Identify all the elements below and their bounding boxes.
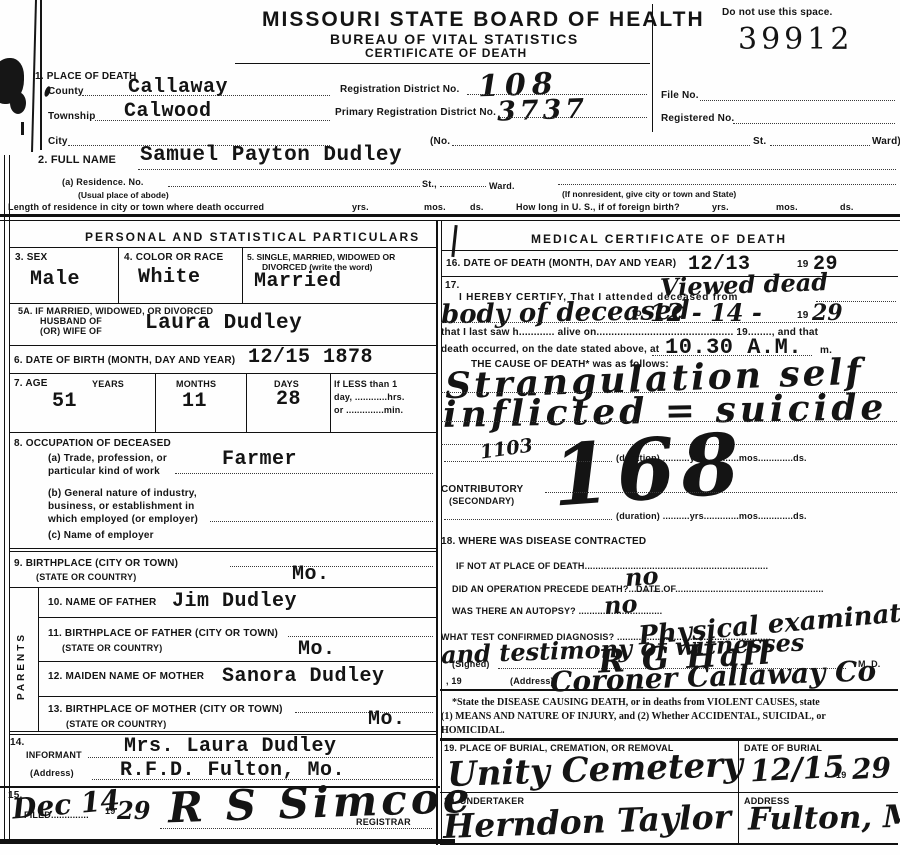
duration-label: (duration) ..........yrs.............mos… [616, 453, 807, 463]
death-certificate-scan: MISSOURI STATE BOARD OF HEALTH BUREAU OF… [0, 0, 900, 855]
dotted-rule [138, 169, 896, 170]
dotted-rule [168, 186, 420, 187]
duration-label: (duration) ..........yrs.............mos… [616, 511, 807, 521]
how-long-us-label: How long in U. S., if of foreign birth? [516, 202, 680, 212]
residence-label: (a) Residence. No. [62, 177, 144, 187]
father-name-label: 10. NAME OF FATHER [48, 597, 156, 608]
race-label: 4. COLOR OR RACE [124, 252, 223, 263]
mother-birthplace-sub: (STATE OR COUNTRY) [66, 719, 166, 729]
mother-birthplace-value: Mo. [368, 708, 406, 731]
primary-district-label: Primary Registration District No. [335, 107, 496, 118]
secondary-label: (SECONDARY) [449, 496, 514, 506]
dotted-rule [175, 473, 433, 474]
corner-note: Do not use this space. [722, 7, 833, 18]
marital-label: 5. SINGLE, MARRIED, WIDOWED OR [247, 252, 395, 262]
rule [0, 839, 455, 844]
rule [652, 4, 653, 132]
primary-district-value: 3737 [496, 93, 588, 127]
dotted-rule [770, 145, 870, 146]
occupation-value: Farmer [222, 448, 297, 471]
medical-section-header: MEDICAL CERTIFICATE OF DEATH [531, 232, 787, 246]
burial-year-handwriting: 29 [851, 751, 892, 786]
full-name-label: 2. FULL NAME [38, 154, 116, 166]
informant-number: 14. [10, 737, 25, 748]
city-no-label: (No. [430, 136, 450, 147]
footnote-line-3: HOMICIDAL. [441, 725, 505, 736]
ds-label: ds. [470, 202, 484, 212]
township-label: Township [48, 111, 96, 122]
occupation-label: 8. OCCUPATION OF DECEASED [14, 438, 171, 449]
dotted-rule [88, 757, 433, 758]
occupation-b-label2: business, or establishment in [48, 501, 194, 512]
age-years-value: 51 [52, 390, 77, 413]
city-ward-label: Ward) [872, 136, 900, 147]
rule [38, 617, 436, 618]
rule [9, 303, 436, 304]
dotted-rule [295, 712, 433, 713]
dotted-rule [441, 322, 897, 323]
years-label: YEARS [92, 379, 124, 389]
rule [9, 373, 436, 374]
code-annotation-small: 1103 [479, 434, 534, 463]
age-days-value: 28 [276, 388, 301, 411]
dotted-rule [82, 95, 330, 96]
mother-name-label: 12. MAIDEN NAME OF MOTHER [48, 671, 204, 682]
date-of-label: DATE OF.................................… [636, 584, 824, 594]
residence-ward-label: Ward. [489, 181, 515, 191]
dotted-rule [230, 566, 433, 567]
city-st-label: St. [753, 136, 766, 147]
informant-name-value: Mrs. Laura Dudley [124, 735, 337, 758]
certify-to-label: , to [626, 308, 642, 319]
certify-label-3: death occurred, on the date stated above… [441, 344, 659, 355]
filed-year-handwriting: 29 [117, 796, 150, 825]
rule [38, 696, 436, 697]
father-name-value: Jim Dudley [172, 590, 297, 613]
dotted-rule [444, 461, 612, 462]
dotted-rule [500, 117, 647, 118]
birthplace-sub-label: (STATE OR COUNTRY) [36, 572, 136, 582]
dotted-rule [440, 186, 486, 187]
dotted-rule [210, 521, 433, 522]
husband-of-label: HUSBAND OF [40, 316, 102, 326]
year-blank-label: , 19 [446, 676, 462, 686]
registrar-label: REGISTRAR [356, 817, 411, 827]
rule [38, 661, 436, 662]
rule [9, 548, 436, 552]
birthplace-label: 9. BIRTHPLACE (CITY OR TOWN) [14, 558, 178, 569]
dob-value: 12/15 1878 [248, 346, 373, 369]
rule [440, 843, 898, 845]
autopsy-label: WAS THERE AN AUTOPSY? ..................… [452, 606, 662, 616]
occupation-a-label1: (a) Trade, profession, or [48, 453, 167, 464]
scan-artifact [10, 92, 26, 114]
father-birthplace-label: 11. BIRTHPLACE OF FATHER (CITY OR TOWN) [48, 628, 278, 639]
where-contracted-label: 18. WHERE WAS DISEASE CONTRACTED [441, 536, 646, 547]
city-label: City [48, 136, 68, 147]
dotted-rule [288, 636, 433, 637]
burial-date-handwriting: 12/15 [749, 750, 845, 790]
signed-label: (Signed) [452, 659, 490, 669]
mother-name-value: Sanora Dudley [222, 665, 385, 688]
footnote-line-2: (1) MEANS AND NATURE OF INJURY, and (2) … [441, 711, 826, 722]
months-label: MONTHS [176, 379, 216, 389]
dotted-rule [545, 492, 897, 493]
yrs-label: yrs. [712, 202, 729, 212]
dotted-rule [558, 184, 896, 185]
father-birthplace-sub: (STATE OR COUNTRY) [62, 643, 162, 653]
place-of-death-label: 1. PLACE OF DEATH [35, 71, 137, 82]
rule [4, 155, 5, 843]
contributory-label: CONTRIBUTORY [441, 484, 523, 495]
rule [235, 63, 650, 64]
column-divider [436, 220, 438, 845]
father-birthplace-value: Mo. [298, 638, 336, 661]
rule [38, 587, 39, 731]
rule [738, 738, 739, 843]
if-less-note3: or ..............min. [334, 405, 403, 415]
certify-number: 17. [445, 280, 460, 291]
length-residence-label: Length of residence in city or town wher… [8, 202, 264, 212]
if-less-note1: If LESS than 1 [334, 379, 397, 389]
wife-of-label: (OR) WIFE OF [40, 326, 102, 336]
dotted-rule [95, 120, 330, 121]
dotted-rule [452, 145, 750, 146]
footnote-line-1: *State the DISEASE CAUSING DEATH, or in … [452, 697, 820, 708]
rule [0, 220, 900, 221]
parents-label: PARENTS [16, 632, 27, 700]
registrar-signature: R S Simcoe [167, 773, 474, 833]
sex-label: 3. SEX [15, 252, 47, 263]
county-label: County [48, 86, 84, 97]
certify-year-printed: 19 [797, 310, 809, 321]
birthplace-value: Mo. [292, 563, 330, 586]
residence-st-label: St., [422, 179, 437, 189]
rule [9, 587, 436, 588]
file-no-label: File No. [661, 90, 699, 101]
code-annotation-large: 168 [549, 413, 749, 525]
undertaker-address-handwriting: Fulton, Mo [748, 798, 900, 837]
dotted-rule [700, 100, 895, 101]
if-less-note2: day, ............hrs. [334, 392, 405, 402]
rule [9, 247, 436, 248]
age-months-value: 11 [182, 390, 207, 413]
reg-district-label: Registration District No. [340, 84, 459, 95]
occupation-a-label2: particular kind of work [48, 466, 160, 477]
rule [441, 250, 898, 251]
sex-value: Male [30, 268, 80, 291]
address-label: (Address) [510, 676, 554, 686]
dotted-rule [444, 519, 612, 520]
scan-artifact [21, 122, 24, 135]
rule [0, 214, 900, 217]
occupation-c-label: (c) Name of employer [48, 530, 154, 541]
mos-label: mos. [776, 202, 798, 212]
occupation-b-label3: which employed (or employer) [48, 514, 198, 525]
rule [246, 373, 247, 432]
mother-birthplace-label: 13. BIRTHPLACE OF MOTHER (CITY OR TOWN) [48, 704, 283, 715]
mos-label: mos. [424, 202, 446, 212]
rule [440, 792, 898, 793]
personal-section-header: PERSONAL AND STATISTICAL PARTICULARS [85, 230, 420, 244]
bureau-subtitle: BUREAU OF VITAL STATISTICS [330, 31, 579, 47]
informant-label: INFORMANT [26, 750, 82, 760]
filed-year-printed: 19 [105, 806, 115, 816]
full-name-value: Samuel Payton Dudley [140, 144, 402, 167]
rule [440, 689, 898, 691]
dotted-rule [160, 828, 432, 829]
rule [440, 738, 898, 741]
yrs-label: yrs. [352, 202, 369, 212]
if-not-label: IF NOT AT PLACE OF DEATH................… [456, 561, 768, 571]
rule [9, 432, 436, 433]
rule [118, 247, 119, 303]
certificate-subtitle: CERTIFICATE OF DEATH [365, 46, 527, 60]
spouse-value: Laura Dudley [145, 312, 302, 335]
rule [330, 373, 331, 432]
rule [155, 373, 156, 432]
nonresident-note: (If nonresident, give city or town and S… [562, 189, 736, 199]
registered-no-label: Registered No. [661, 113, 734, 124]
board-title: MISSOURI STATE BOARD OF HEALTH [262, 8, 705, 32]
ds-label: ds. [840, 202, 854, 212]
marital-value: Married [254, 270, 342, 293]
race-value: White [138, 266, 201, 289]
occupation-b-label1: (b) General nature of industry, [48, 488, 197, 499]
dob-label: 6. DATE OF BIRTH (MONTH, DAY AND YEAR) [14, 355, 235, 366]
serial-number: 39912 [738, 22, 853, 57]
dotted-rule [733, 123, 895, 124]
date-of-death-label: 16. DATE OF DEATH (MONTH, DAY AND YEAR) [446, 258, 676, 269]
rule [242, 247, 243, 303]
burial-year-printed: 19 [836, 770, 846, 780]
informant-address-label: (Address) [30, 768, 74, 778]
age-label: 7. AGE [14, 378, 48, 389]
filed-label: FILED.............. [24, 810, 89, 820]
usual-abode-note: (Usual place of abode) [78, 190, 169, 200]
stray-ink-mark [451, 225, 457, 257]
